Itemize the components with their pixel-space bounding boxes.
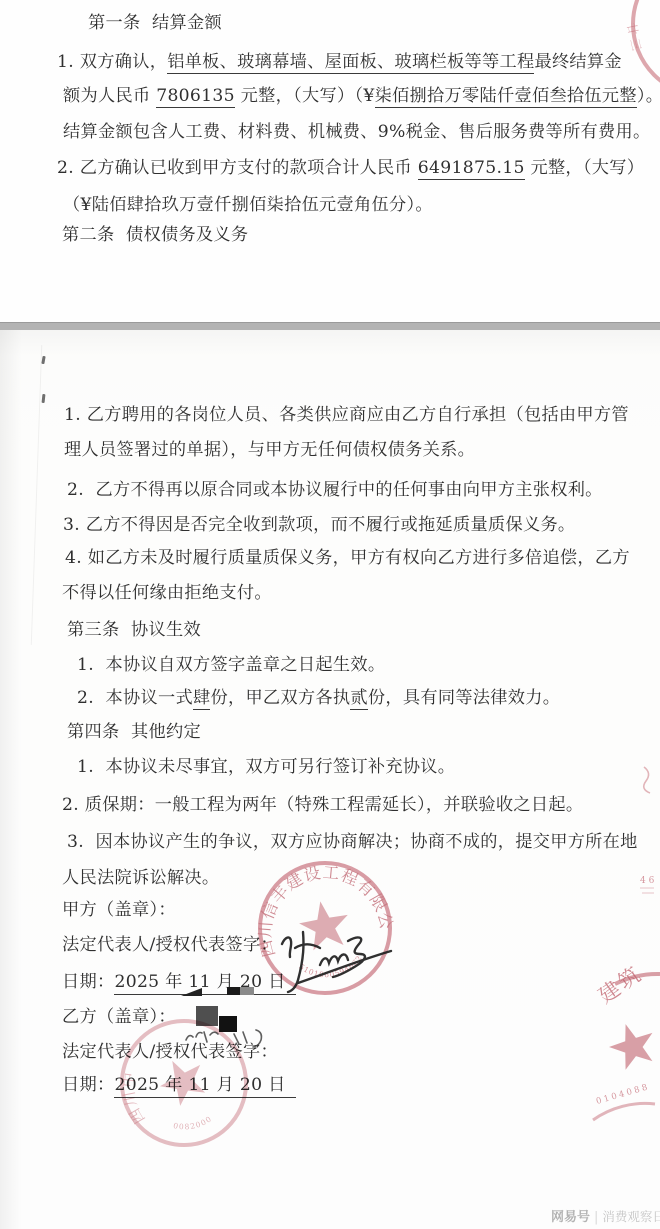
article3-heading: 第三条 协议生效 [67,621,201,640]
item1-line1-post: 最终结算金 [534,52,621,72]
party-a-rep-sign-label: 法定代表人/授权代表签字： [62,936,278,955]
settlement-amount-figure: 7806135 [156,86,235,108]
party-a-seal-label: 甲方（盖章）： [62,901,176,920]
item2-line1-pre: 2. 乙方确认已收到甲方支付的款项合计人民币 [57,158,418,178]
article2-item2-text: 2. 乙方不得再以原合同或本协议履行中的任何事由向甲方主张权利。 [67,480,603,500]
party-a-label-text: 甲方（盖章）： [62,900,176,920]
party-b-date-line: 日期：2025 年 11 月 20 日 [62,1076,296,1095]
article2-item4-line1: 4. 如乙方未及时履行质量质保义务，甲方有权向乙方进行多倍追偿，乙方 [65,549,630,568]
article1-item1-line1: 1. 双方确认，铝单板、玻璃幕墙、屋面板、玻璃栏板等等工程最终结算金 [57,53,622,72]
article2-item3: 3. 乙方不得因是否完全收到款项，而不履行或拖延质量质保义务。 [63,516,575,535]
article3-heading-text: 第三条 协议生效 [67,620,201,640]
page2-left-shadow [0,330,22,1229]
party-b-seal-label: 乙方（盖章）： [62,1008,176,1027]
article4-item2-text: 2. 质保期：一般工程为两年（特殊工程需延长），并联验收之日起。 [62,795,583,815]
article4-item1-text: 1. 本协议未尽事宜，双方可另行签订补充协议。 [77,757,455,777]
item1-line2-post: ）。 [637,86,660,106]
item1-line2-pre: 额为人民币 [63,86,156,106]
article3-item2-post: 份，具有同等法律效力。 [368,688,560,708]
watermark: 网易号|消费观察日记 [551,1206,660,1225]
redaction-box-4 [219,1016,237,1032]
article2-heading: 第二条 债权债务及义务 [62,226,248,245]
article3-item2-pre: 2. 本协议一式 [77,688,193,708]
redaction-box-3 [196,1006,218,1026]
item1-line1-pre: 1. 双方确认， [57,52,167,72]
article1-item2-line1: 2. 乙方确认已收到甲方支付的款项合计人民币 6491875.15 元整，（大写… [57,159,644,178]
item2-line1-post: 元整，（大写） [525,158,645,178]
watermark-name: 消费观察日记 [602,1209,660,1224]
item1-line2-mid: 元整，（大写）（¥ [235,86,375,106]
article4-item2: 2. 质保期：一般工程为两年（特殊工程需延长），并联验收之日起。 [62,796,583,815]
party-a-rep-label-text: 法定代表人/授权代表签字： [62,935,278,955]
party-b-date-label: 日期： [62,1075,114,1095]
article2-item1-line1: 1. 乙方聘用的各岗位人员、各类供应商应由乙方自行承担（包括由甲方管 [64,406,629,425]
redaction-box-2 [240,987,254,995]
article2-item1-line2: 理人员签署过的单据），与甲方无任何债权债务关系。 [64,441,475,460]
article3-item2: 2. 本协议一式肆份，甲乙双方各执贰份，具有同等法律效力。 [77,689,560,708]
article1-item2-line2: （¥陆佰肆拾玖万壹仟捌佰柒拾伍元壹角伍分）。 [63,196,433,215]
article2-item3-text: 3. 乙方不得因是否完全收到款项，而不履行或拖延质量质保义务。 [63,515,575,535]
party-a-date-line: 日期：2025 年 11 月 20 日 [62,973,296,992]
item1-line3-text: 结算金额包含人工费、材料费、机械费、9%税金、售后服务费等所有费用。 [63,122,650,142]
article3-item1: 1. 本协议自双方签字盖章之日起生效。 [77,656,385,675]
article1-item1-line3: 结算金额包含人工费、材料费、机械费、9%税金、售后服务费等所有费用。 [63,123,650,142]
watermark-brand: 网易号 [551,1210,590,1225]
copies-each-underlined: 贰 [350,688,368,710]
party-b-rep-label-text: 法定代表人/授权代表签字： [62,1042,278,1062]
party-b-rep-sign-label: 法定代表人/授权代表签字： [62,1043,278,1062]
copies-total-underlined: 肆 [193,688,211,710]
party-a-date-value: 2025 年 11 月 20 日 [114,972,295,995]
watermark-separator: | [590,1210,602,1225]
party-a-date-label: 日期： [62,972,114,992]
article4-item1: 1. 本协议未尽事宜，双方可另行签订补充协议。 [77,758,455,777]
article4-heading-text: 第四条 其他约定 [67,722,201,742]
item1-line1-underlined: 铝单板、玻璃幕墙、屋面板、玻璃栏板等等工程 [167,52,534,74]
article1-item1-line2: 额为人民币 7806135 元整，（大写）（¥柒佰捌拾万零陆仟壹佰叁拾伍元整）。 [63,87,660,106]
article1-heading: 第一条 结算金额 [88,14,222,33]
article4-item3-line1: 3. 因本协议产生的争议，双方应协商解决；协商不成的，提交甲方所在地 [67,833,638,852]
article2-item4-line2: 不得以任何缘由拒绝支付。 [62,584,272,603]
paid-amount-figure: 6491875.15 [418,158,525,180]
paid-amount-capitals: （¥陆佰肆拾玖万壹仟捌佰柒拾伍元壹角伍分）。 [63,195,433,215]
article2-item4-line2-text: 不得以任何缘由拒绝支付。 [62,583,272,603]
article2-item4-line1-text: 4. 如乙方未及时履行质量质保义务，甲方有权向乙方进行多倍追偿，乙方 [65,548,630,568]
settlement-amount-capitals: 柒佰捌拾万零陆仟壹佰叁拾伍元整 [375,86,637,108]
article4-item3-line2: 人民法院诉讼解决。 [62,869,219,888]
party-b-date-value: 2025 年 11 月 20 日 [114,1075,295,1098]
article1-heading-text: 第一条 结算金额 [88,13,222,33]
article3-item2-mid: 份，甲乙双方各执 [210,688,350,708]
scanned-contract-page: { "contract": { "article1": { "heading":… [0,0,660,1229]
article3-item1-text: 1. 本协议自双方签字盖章之日起生效。 [77,655,385,675]
article4-item3-line2-text: 人民法院诉讼解决。 [62,868,219,888]
article2-item1-line1-text: 1. 乙方聘用的各岗位人员、各类供应商应由乙方自行承担（包括由甲方管 [64,405,629,425]
article4-item3-line1-text: 3. 因本协议产生的争议，双方应协商解决；协商不成的，提交甲方所在地 [67,832,638,852]
party-b-label-text: 乙方（盖章）： [62,1007,176,1027]
redaction-box-1 [227,987,240,995]
article2-item1-line2-text: 理人员签署过的单据），与甲方无任何债权债务关系。 [64,440,475,460]
article2-item2: 2. 乙方不得再以原合同或本协议履行中的任何事由向甲方主张权利。 [67,481,603,500]
article4-heading: 第四条 其他约定 [67,723,201,742]
article2-heading-text: 第二条 债权债务及义务 [62,225,248,245]
